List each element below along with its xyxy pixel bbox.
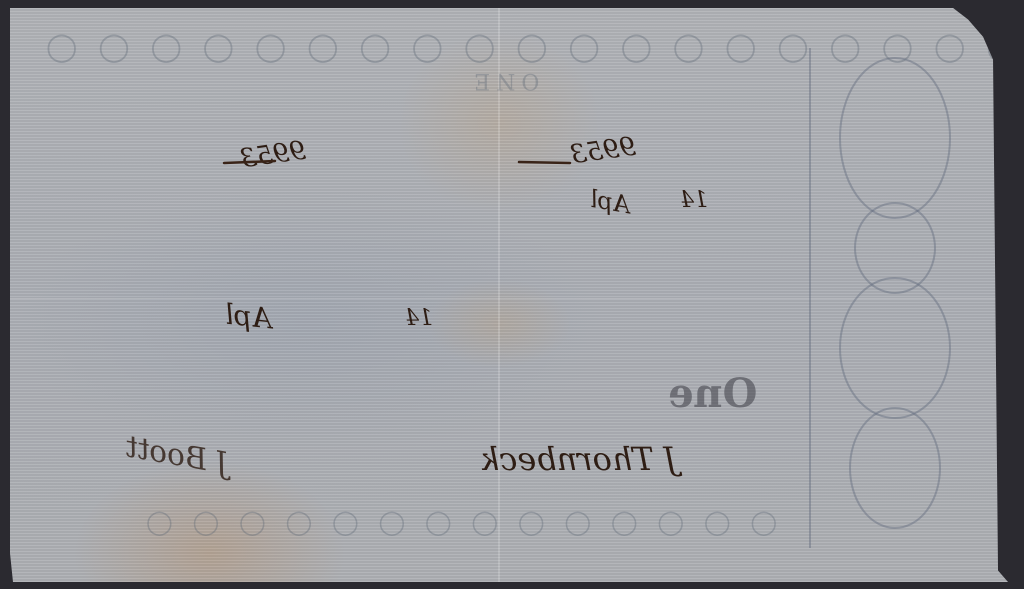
signature-left: J Boott — [123, 429, 231, 482]
dash-right — [515, 158, 575, 168]
date-day-top: 14 — [680, 188, 708, 213]
date-month-middle: Apl — [223, 298, 273, 336]
top-denomination-text: ONE — [468, 68, 539, 93]
serial-number-left: 9953 — [238, 136, 308, 175]
signature-right: J Thornbeck — [480, 440, 677, 478]
date-day-middle: 14 — [405, 306, 433, 331]
right-ornament — [800, 48, 990, 548]
denomination-stamp: One — [668, 370, 757, 417]
date-month-top: Apl — [588, 185, 633, 220]
serial-number-right: 9953 — [568, 132, 638, 171]
bottom-border-pattern: ◯ ◯ ◯ ◯ ◯ ◯ ◯ ◯ ◯ ◯ ◯ ◯ ◯ ◯ — [140, 508, 777, 536]
dash-left — [220, 158, 280, 168]
vertical-fold — [498, 8, 500, 582]
banknote-reverse: ◯ ◯ ◯ ◯ ◯ ◯ ◯ ◯ ◯ ◯ ◯ ◯ ◯ ◯ ◯ ◯ ◯ ◯ ◯ ◯ … — [10, 8, 1008, 582]
